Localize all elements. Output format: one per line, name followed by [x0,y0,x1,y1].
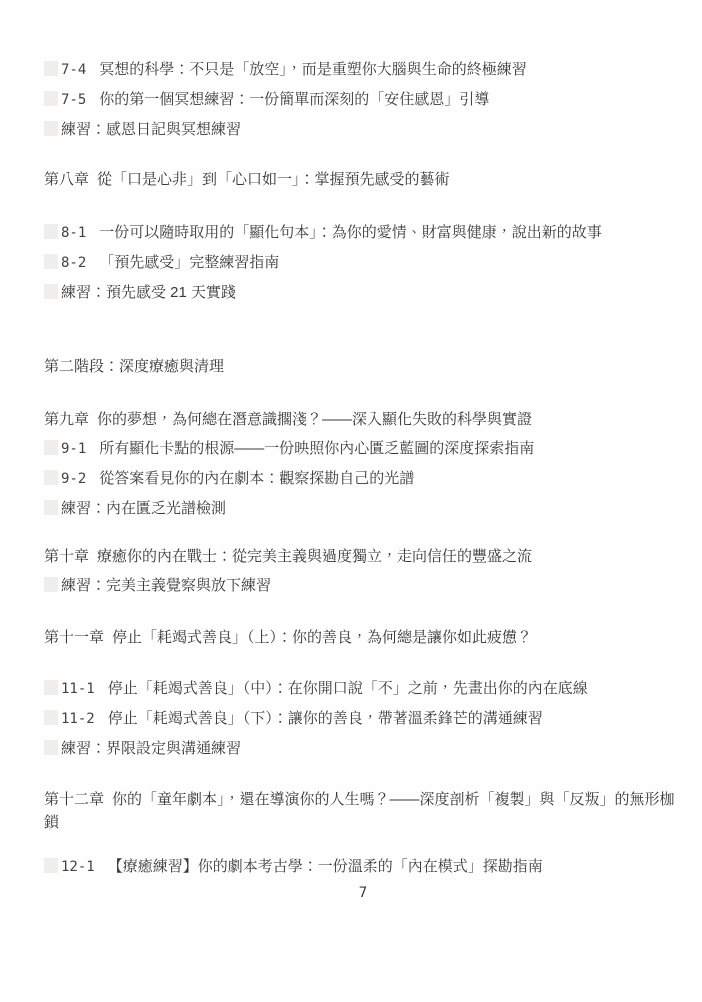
toc-item: 8-2「預先感受」完整練習指南 [44,251,682,275]
toc-item: 7-5你的第一個冥想練習：一份簡單而深刻的「安住感恩」引導 [44,88,682,112]
practice-item: 練習：感恩日記與冥想練習 [44,118,682,141]
practice-title: 練習：內在匱乏光譜檢測 [61,500,226,517]
indent-mark [44,121,58,136]
chapter-heading: 第九章你的夢想，為何總在潛意識擱淺？——深入顯化失敗的科學與實證 [44,408,682,431]
indent-mark [44,500,58,515]
stage-heading: 第二階段：深度療癒與清理 [44,355,682,378]
item-number: 9-2 [61,471,86,487]
item-number: 11-2 [61,711,95,727]
chapter-title: 你的「童年劇本」，還在導演你的人生嗎？——深度剖析「複製」與「反叛」的無形枷鎖 [44,791,675,831]
chapter-heading: 第十一章停止「耗竭式善良」（上）：你的善良，為何總是讓你如此疲憊？ [44,626,682,649]
indent-mark [44,577,58,592]
indent-mark [44,680,58,695]
item-title: 所有顯化卡點的根源——一份映照你內心匱乏藍圖的深度探索指南 [99,440,534,457]
chapter-number: 第八章 [44,171,89,188]
chapter-title: 從「口是心非」到「心口如一」：掌握預先感受的藝術 [97,171,450,188]
item-number: 7-4 [61,62,86,78]
chapter-title: 療癒你的內在戰士：從完美主義與過度獨立，走向信任的豐盛之流 [97,548,532,565]
toc-item: 11-1停止「耗竭式善良」（中）：在你開口說「不」之前，先畫出你的內在底線 [44,677,682,701]
toc-item: 9-2從答案看見你的內在劇本：觀察探勘自己的光譜 [44,467,682,491]
stage-title: 第二階段：深度療癒與清理 [44,358,224,375]
chapter-heading: 第八章從「口是心非」到「心口如一」：掌握預先感受的藝術 [44,168,682,191]
toc-item: 12-1【療癒練習】你的劇本考古學：一份溫柔的「內在模式」探勘指南 [44,855,682,879]
chapter-number: 第十一章 [44,629,104,646]
indent-mark [44,254,58,269]
page-footer: 7 [44,885,682,901]
item-number: 9-1 [61,441,86,457]
chapter-title: 停止「耗竭式善良」（上）：你的善良，為何總是讓你如此疲憊？ [112,629,532,646]
practice-item: 練習：完美主義覺察與放下練習 [44,574,682,597]
item-title: 【療癒練習】你的劇本考古學：一份溫柔的「內在模式」探勘指南 [108,858,543,875]
item-title: 從答案看見你的內在劇本：觀察探勘自己的光譜 [99,470,414,487]
toc-item: 11-2停止「耗竭式善良」（下）：讓你的善良，帶著溫柔鋒芒的溝通練習 [44,707,682,731]
toc-item: 7-4冥想的科學：不只是「放空」，而是重塑你大腦與生命的終極練習 [44,58,682,82]
indent-mark [44,91,58,106]
practice-item: 練習：內在匱乏光譜檢測 [44,497,682,520]
item-number: 12-1 [61,859,95,875]
indent-mark [44,224,58,239]
item-title: 你的第一個冥想練習：一份簡單而深刻的「安住感恩」引導 [99,91,489,108]
chapter-number: 第十二章 [44,791,104,808]
chapter-heading: 第十章療癒你的內在戰士：從完美主義與過度獨立，走向信任的豐盛之流 [44,545,682,568]
indent-mark [44,284,58,299]
item-title: 「預先感受」完整練習指南 [99,254,279,271]
page-number: 7 [359,885,367,901]
item-title: 冥想的科學：不只是「放空」，而是重塑你大腦與生命的終極練習 [99,61,527,78]
chapter-number: 第九章 [44,411,89,428]
indent-mark [44,710,58,725]
practice-title: 練習：感恩日記與冥想練習 [61,121,241,138]
item-title: 停止「耗竭式善良」（中）：在你開口說「不」之前，先畫出你的內在底線 [108,680,588,697]
chapter-number: 第十章 [44,548,89,565]
indent-mark [44,61,58,76]
practice-item: 練習：預先感受 21 天實踐 [44,281,682,304]
indent-mark [44,740,58,755]
item-number: 7-5 [61,92,86,108]
chapter-title: 你的夢想，為何總在潛意識擱淺？——深入顯化失敗的科學與實證 [97,411,532,428]
indent-mark [44,470,58,485]
toc-item: 9-1所有顯化卡點的根源——一份映照你內心匱乏藍圖的深度探索指南 [44,437,682,461]
indent-mark [44,440,58,455]
item-title: 一份可以隨時取用的「顯化句本」：為你的愛情、財富與健康，說出新的故事 [99,224,602,241]
practice-title: 練習：完美主義覺察與放下練習 [61,577,271,594]
chapter-heading: 第十二章你的「童年劇本」，還在導演你的人生嗎？——深度剖析「複製」與「反叛」的無… [44,788,682,834]
practice-title: 練習：界限設定與溝通練習 [61,740,241,757]
item-title: 停止「耗竭式善良」（下）：讓你的善良，帶著溫柔鋒芒的溝通練習 [108,710,543,727]
indent-mark [44,858,58,873]
toc-item: 8-1一份可以隨時取用的「顯化句本」：為你的愛情、財富與健康，說出新的故事 [44,221,682,245]
practice-title: 練習：預先感受 21 天實踐 [61,284,236,301]
practice-item: 練習：界限設定與溝通練習 [44,737,682,760]
document-page: 7-4冥想的科學：不只是「放空」，而是重塑你大腦與生命的終極練習 7-5你的第一… [0,0,702,1002]
item-number: 8-2 [61,255,86,271]
item-number: 8-1 [61,225,86,241]
item-number: 11-1 [61,681,95,697]
